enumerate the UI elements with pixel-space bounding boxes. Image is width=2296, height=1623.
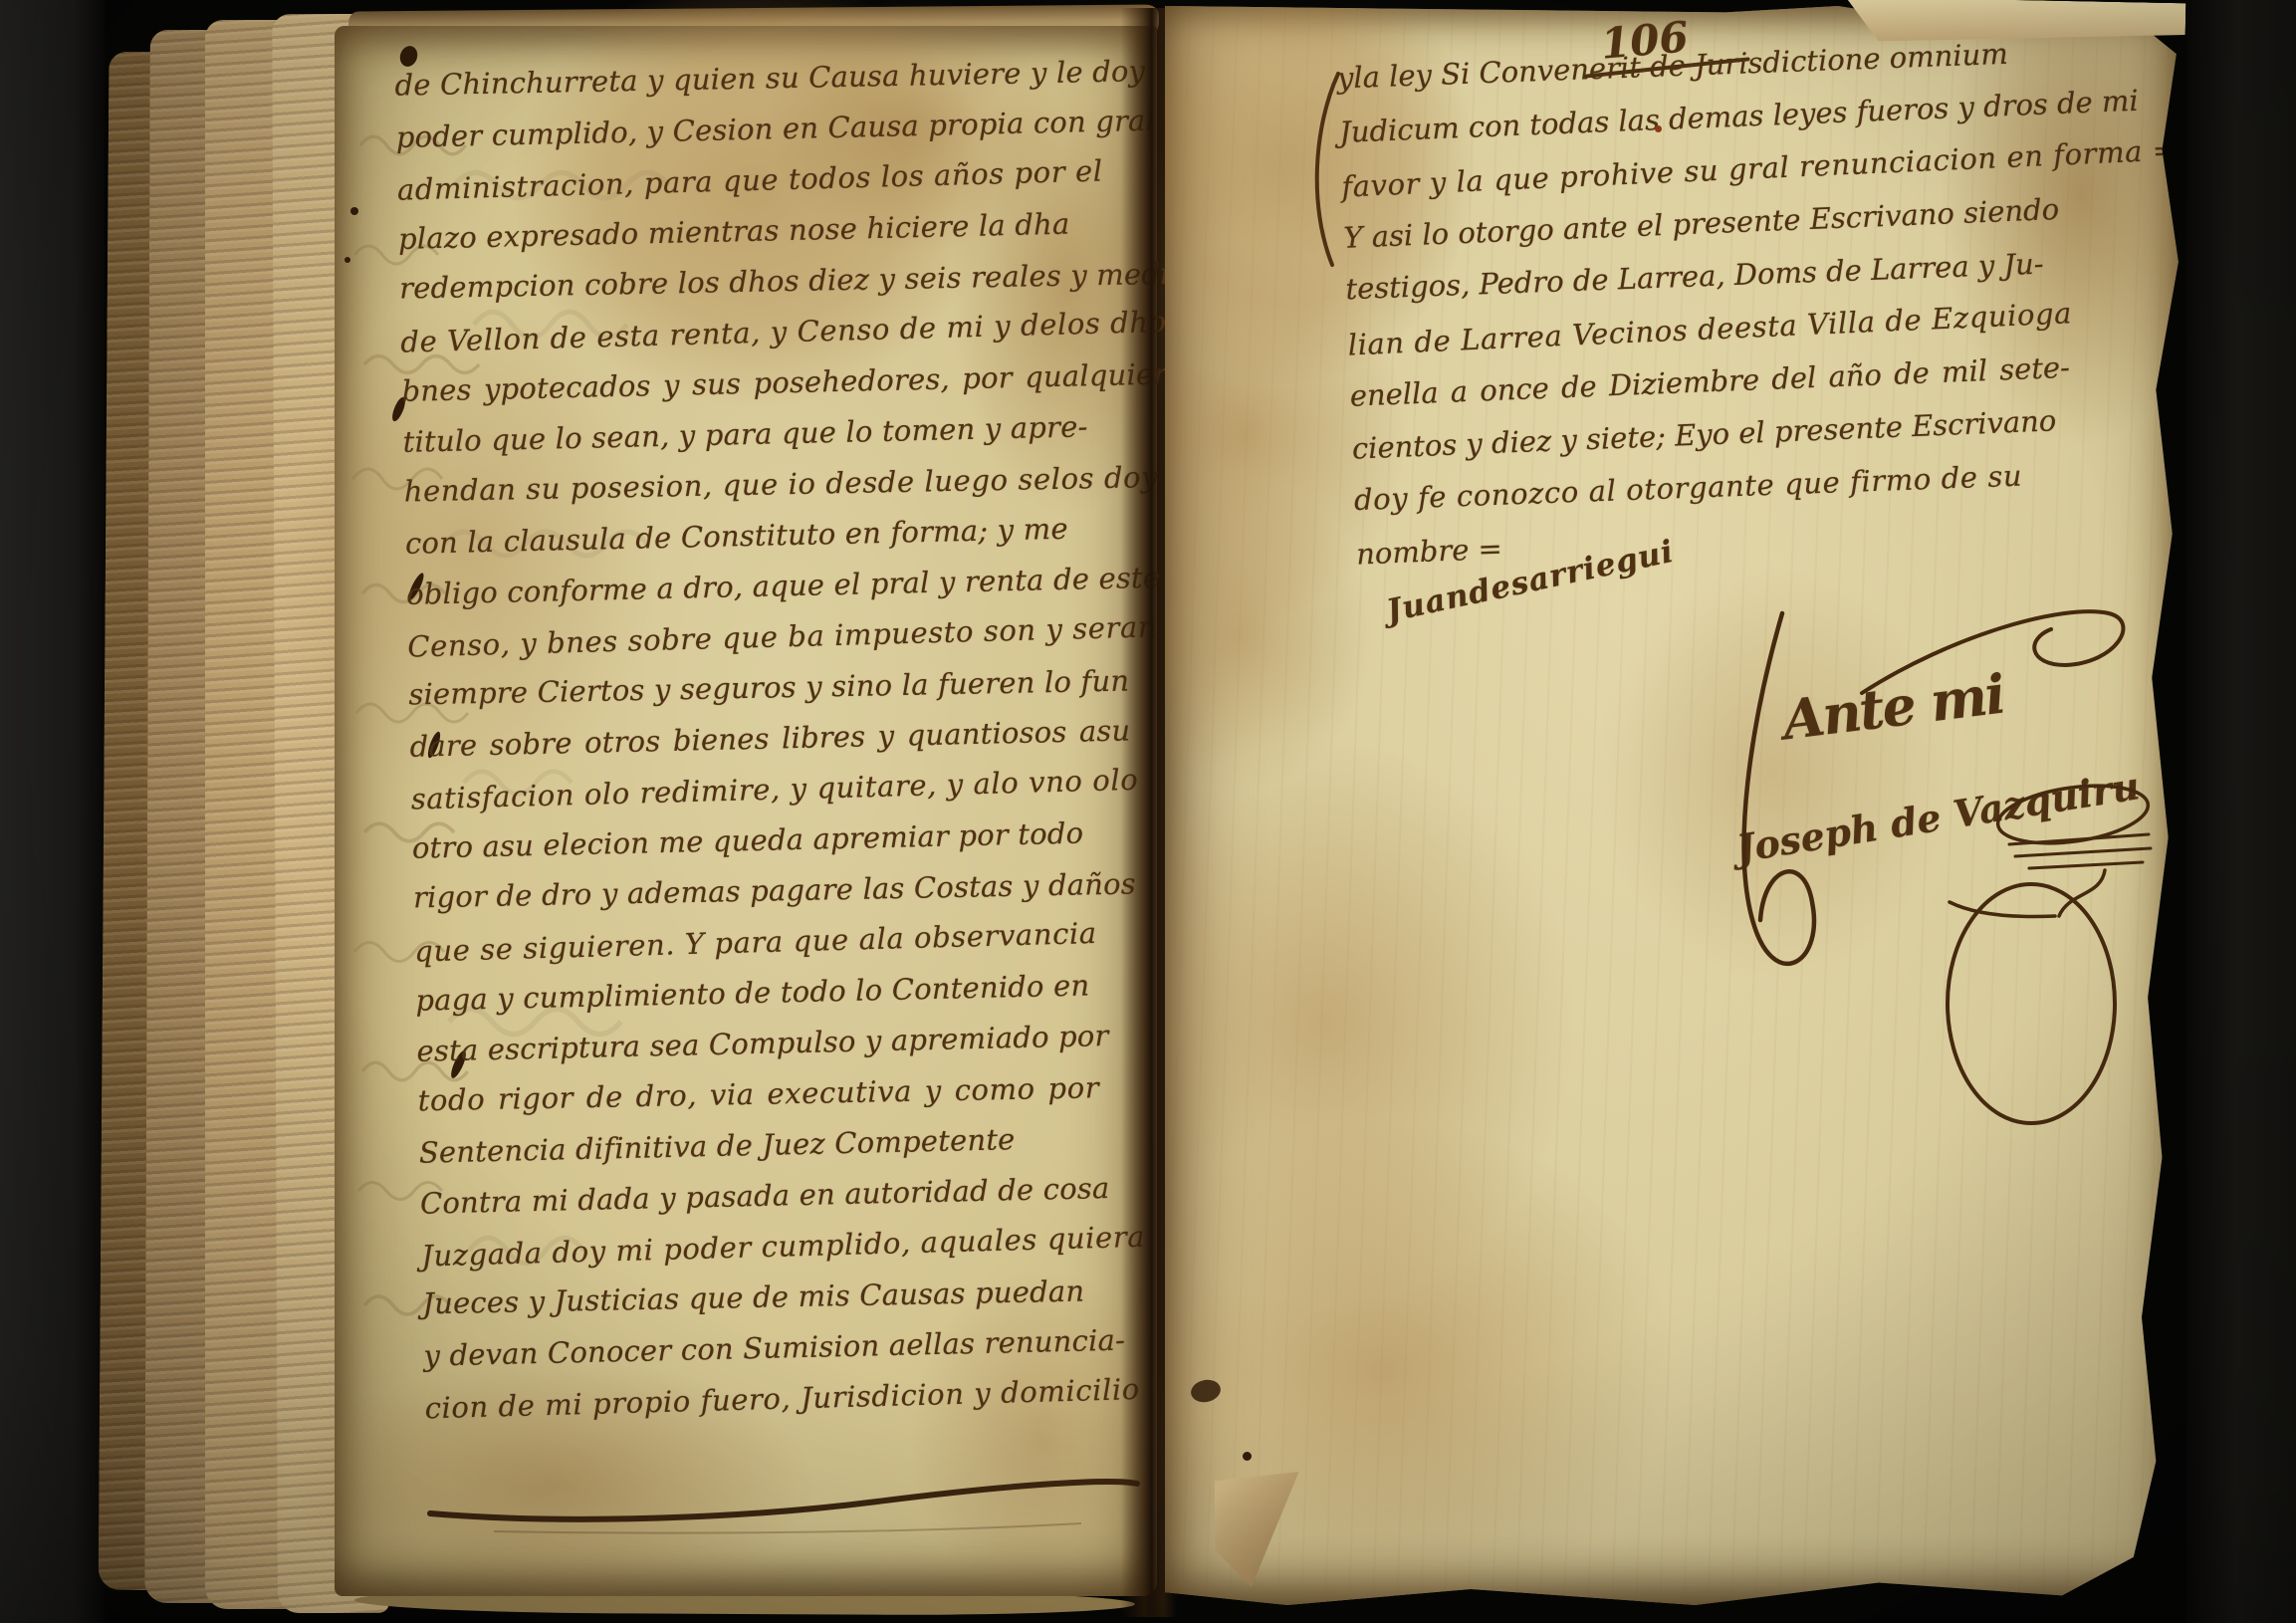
- left-page: de Chinchurreta y quien su Causa huviere…: [335, 26, 1157, 1596]
- closing-flourish-line: [424, 1468, 1145, 1537]
- left-page-text: de Chinchurreta y quien su Causa huviere…: [394, 44, 1213, 1433]
- ink-spot: [1243, 1452, 1252, 1461]
- red-spot: [1655, 125, 1662, 132]
- right-page-text: yla ley Si Convenerit de Jurisdictione o…: [1336, 20, 2193, 580]
- background-left-strip: [0, 0, 105, 1623]
- manuscript-photo: de Chinchurreta y quien su Causa huviere…: [0, 0, 2296, 1623]
- ink-spot: [344, 257, 350, 263]
- notary-rubric: [1713, 597, 2181, 1155]
- background-right-strip: [2186, 0, 2296, 1623]
- right-page: 106 yla ley Si Convenerit de Jurisdictio…: [1165, 6, 2184, 1605]
- ink-spot: [350, 207, 358, 215]
